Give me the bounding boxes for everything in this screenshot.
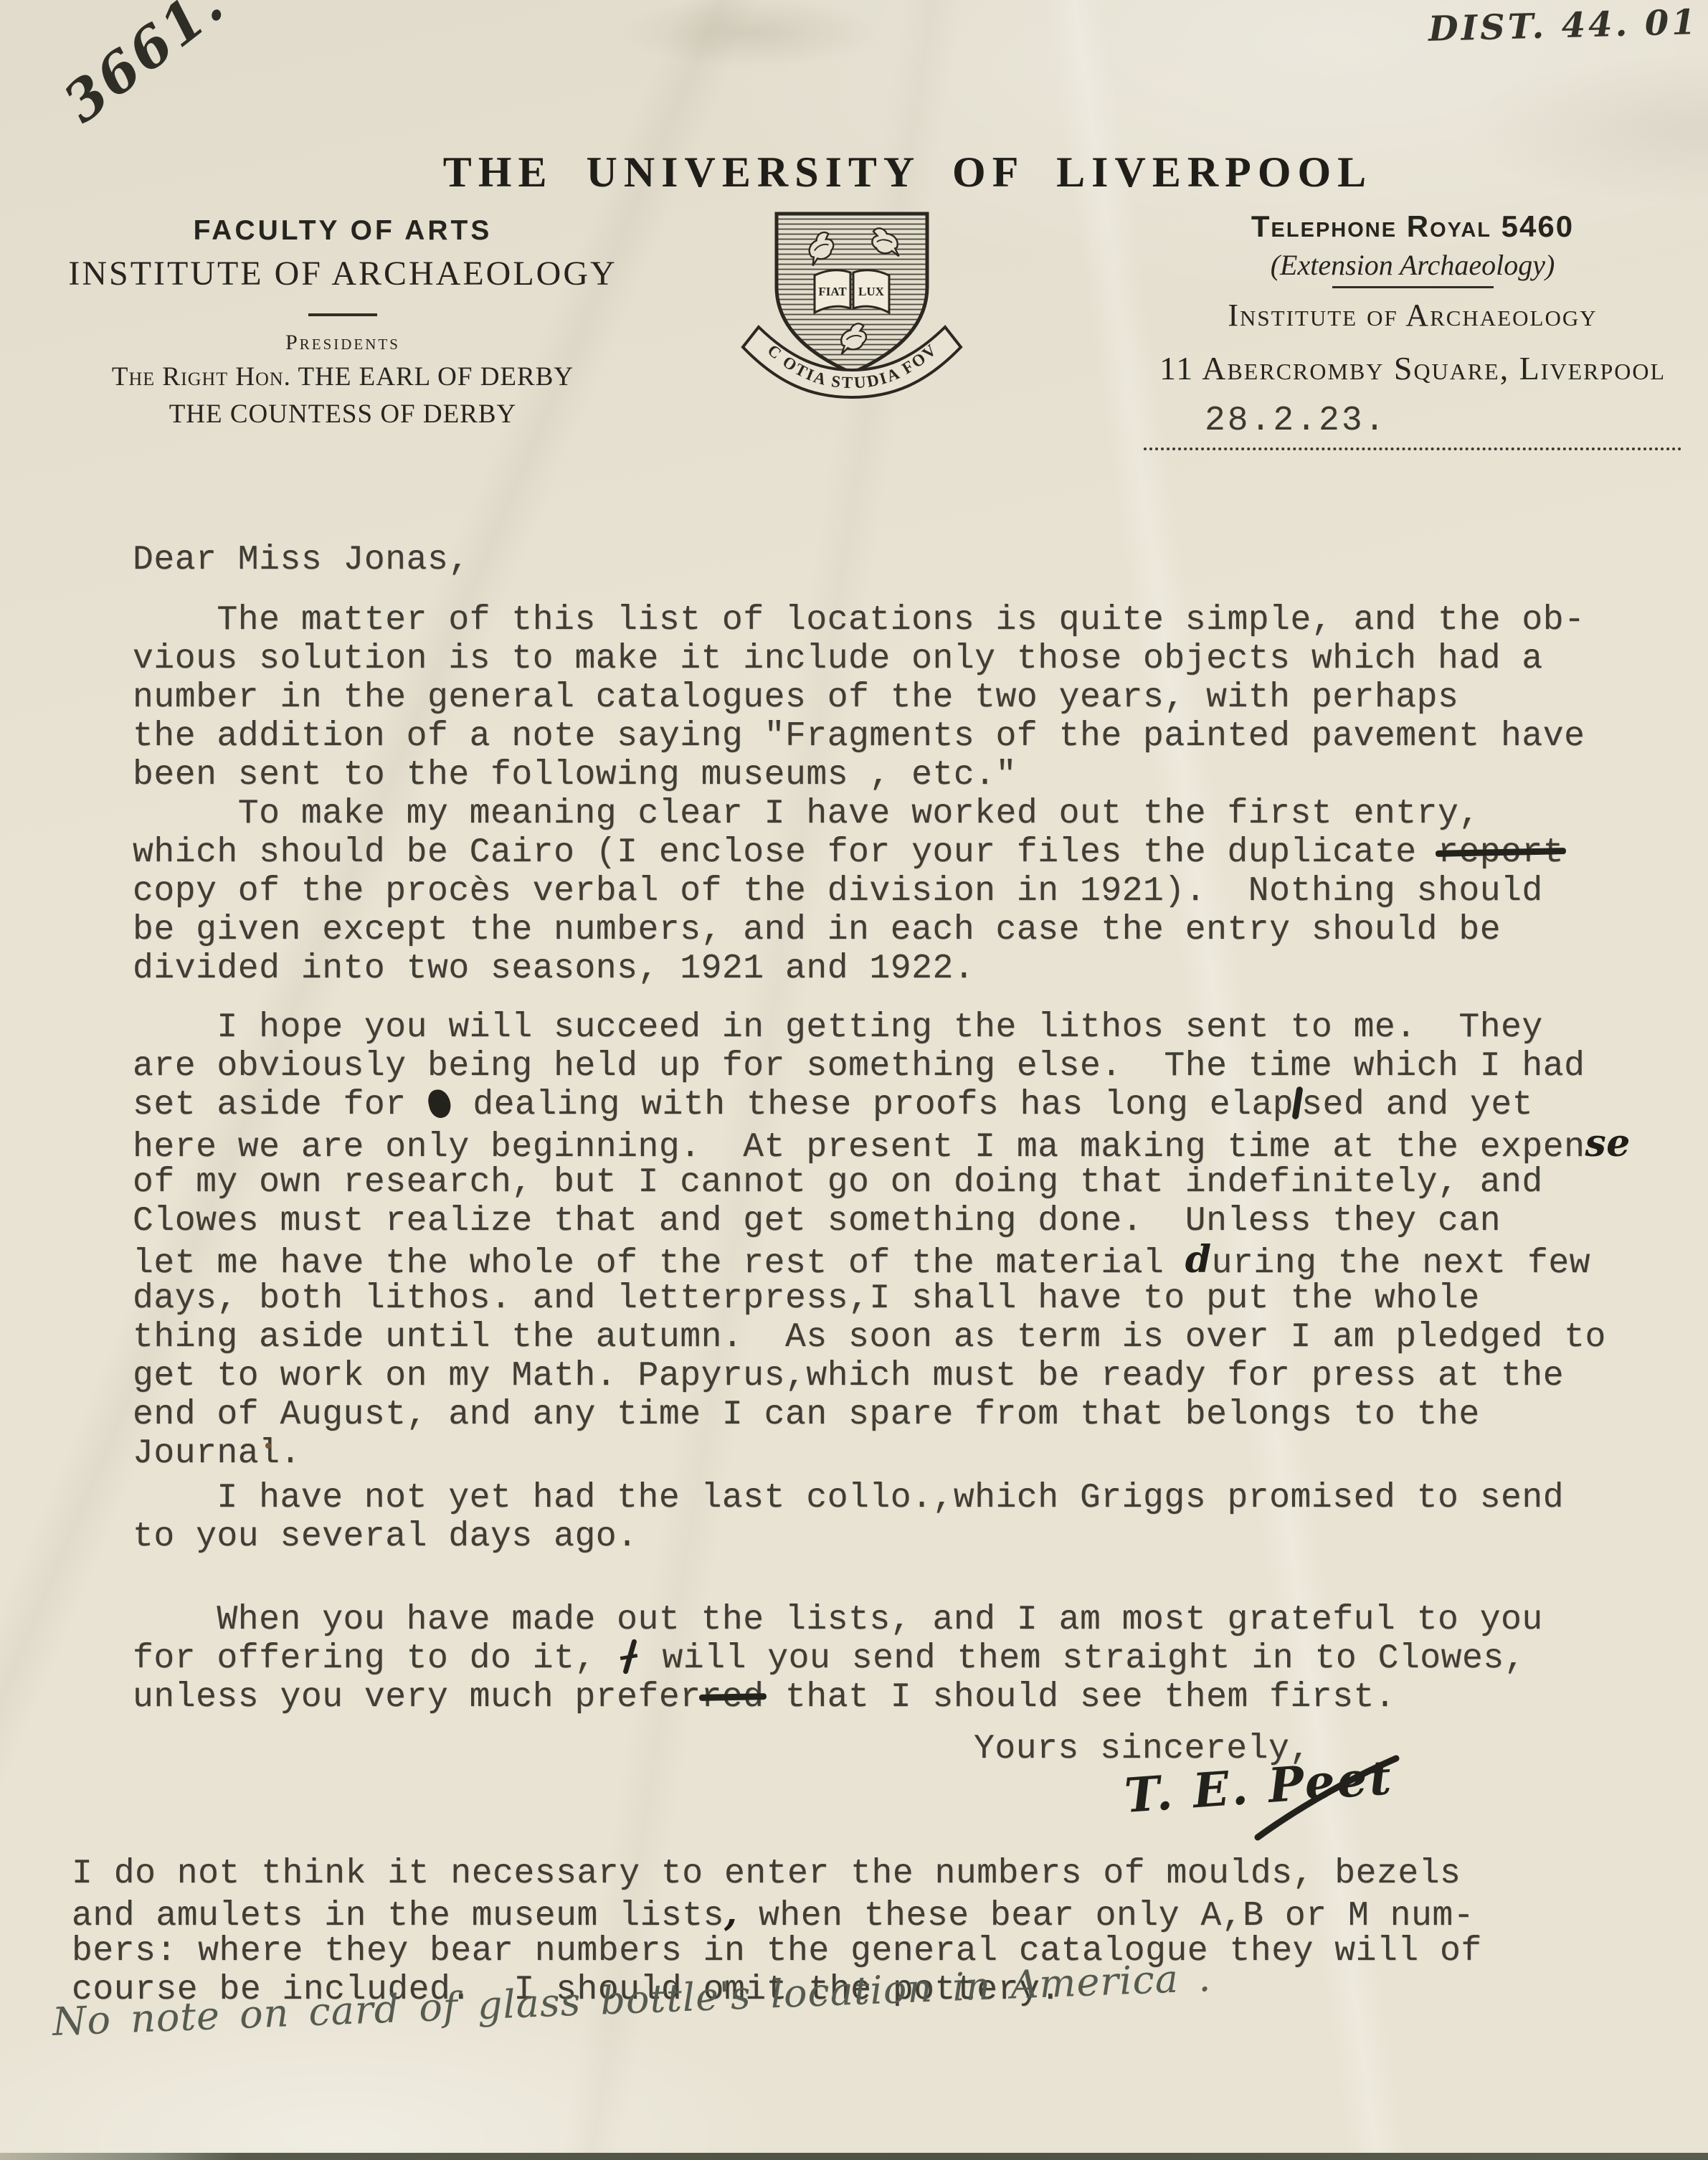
typed-segment: sed and yet (1301, 1086, 1533, 1124)
typed-line: I do not think it necessary to enter the… (72, 1855, 1664, 1893)
divider-rule (308, 313, 377, 316)
typed-line: days, both lithos. and letterpress,I sha… (133, 1279, 1681, 1318)
para2: I hope you will succeed in getting the l… (133, 1008, 1681, 1473)
extension-underline-rule (1332, 286, 1494, 288)
crest-book-word-lux: LUX (858, 285, 885, 298)
typed-segment: divided into two seasons, 1921 and 1922. (133, 949, 974, 988)
typed-line: be given except the numbers, and in each… (133, 911, 1681, 949)
faculty-of-arts-line: FACULTY OF ARTS (63, 215, 622, 247)
typed-segment: unless you very much prefer (133, 1678, 701, 1717)
typed-line: I hope you will succeed in getting the l… (133, 1008, 1681, 1047)
presidents-label: Presidents (63, 331, 622, 355)
typed-segment: will you send them straight in to Clowes… (641, 1639, 1525, 1678)
typed-line: which should be Cairo (I enclose for you… (133, 833, 1681, 872)
salutation: Dear Miss Jonas, (133, 541, 1681, 579)
typed-segment: When you have made out the lists, and I … (133, 1601, 1543, 1639)
para4: When you have made out the lists, and I … (133, 1601, 1681, 1717)
crest-book-word-fiat: FIAT (818, 285, 847, 298)
closing: Yours sincerely, (133, 1730, 1681, 1768)
typed-segment: I have not yet had the last collo.,which… (133, 1479, 1564, 1517)
typed-line: get to work on my Math. Papyrus,which mu… (133, 1357, 1681, 1396)
typed-segment: let me have the whole of the rest of the… (133, 1244, 1185, 1283)
para1: The matter of this list of locations is … (133, 601, 1681, 988)
university-crest-icon: FIAT LUX HAEC OTIA STUDIA FOVENT (737, 207, 967, 415)
typed-date: 28.2.23. (1144, 402, 1681, 440)
pen-mark-hand: se (1585, 1122, 1630, 1165)
pen-mark-strike: report (1438, 833, 1564, 872)
typed-segment: that I should see them first. (764, 1678, 1396, 1717)
typed-line: of my own research, but I cannot go on d… (133, 1163, 1681, 1202)
typed-line: for offering to do it, will you send the… (133, 1639, 1681, 1678)
extension-line: (Extension Archaeology) (1144, 248, 1681, 282)
typed-line: Clowes must realize that and get somethi… (133, 1202, 1681, 1241)
typed-line: vious solution is to make it include onl… (133, 640, 1681, 678)
typed-segment: The matter of this list of locations is … (133, 601, 1585, 640)
institute-of-archaeology-line: INSTITUTE OF ARCHAEOLOGY (63, 254, 622, 293)
typed-line: The matter of this list of locations is … (133, 601, 1681, 640)
typed-line: copy of the procès verbal of the divisio… (133, 872, 1681, 911)
typed-segment: dealing with these proofs has long elap (452, 1086, 1294, 1124)
typed-segment: which should be Cairo (I enclose for you… (133, 833, 1438, 872)
typed-segment: thing aside until the autumn. As soon as… (133, 1318, 1606, 1357)
typed-segment: to you several days ago. (133, 1517, 638, 1556)
typed-segment: uring the next few (1212, 1244, 1590, 1283)
scanned-letter-page: 3661. DIST. 44. 01 THE UNIVERSITY OF LIV… (0, 0, 1708, 2160)
typed-segment: Dear Miss Jonas, (133, 541, 470, 579)
typed-segment: I hope you will succeed in getting the l… (133, 1008, 1543, 1047)
typed-line: Dear Miss Jonas, (133, 541, 1681, 579)
date-dotted-rule (1144, 447, 1681, 450)
typed-line: unless you very much preferred that I sh… (133, 1678, 1681, 1717)
typed-line: I have not yet had the last collo.,which… (133, 1479, 1681, 1517)
typed-segment: To make my meaning clear I have worked o… (133, 795, 1480, 833)
typed-segment: be given except the numbers, and in each… (133, 911, 1501, 949)
dist-code-annotation: DIST. 44. 01 (1428, 2, 1699, 49)
typed-segment: here we are only beginning. At present I… (133, 1128, 1585, 1167)
typed-line: set aside for dealing with these proofs … (133, 1086, 1681, 1124)
para3: I have not yet had the last collo.,which… (133, 1479, 1681, 1556)
telephone-line: Telephone Royal 5460 (1144, 209, 1681, 244)
typed-segment: been sent to the following museums , etc… (133, 756, 1017, 795)
typed-line: to you several days ago. (133, 1517, 1681, 1556)
letter-body: Dear Miss Jonas, The matter of this list… (133, 541, 1681, 1768)
typed-segment: copy of the procès verbal of the divisio… (133, 872, 1543, 911)
typed-line: are obviously being held up for somethin… (133, 1047, 1681, 1086)
letterhead-left-block: FACULTY OF ARTS INSTITUTE OF ARCHAEOLOGY… (63, 215, 622, 430)
archive-number-annotation: 3661. (52, 0, 237, 135)
president-line-1: The Right Hon. THE EARL OF DERBY (63, 361, 622, 392)
typed-line: number in the general catalogues of the … (133, 678, 1681, 717)
university-title: THE UNIVERSITY OF LIVERPOOL (0, 148, 1708, 197)
typed-line: been sent to the following museums , etc… (133, 756, 1681, 795)
typed-segment: number in the general catalogues of the … (133, 678, 1458, 717)
stray-ink-dot (265, 1443, 271, 1449)
typed-line: When you have made out the lists, and I … (133, 1601, 1681, 1639)
typed-segment: I do not think it necessary to enter the… (72, 1855, 1461, 1893)
typed-line: divided into two seasons, 1921 and 1922. (133, 949, 1681, 988)
typed-line: and amulets in the museum lists, when th… (72, 1893, 1664, 1932)
typed-segment: are obviously being held up for somethin… (133, 1047, 1585, 1086)
president-line-2: THE COUNTESS OF DERBY (63, 399, 622, 430)
typed-segment: vious solution is to make it include onl… (133, 640, 1543, 678)
typed-segment: for offering to do it, (133, 1639, 617, 1678)
typed-segment: Journal. (133, 1434, 301, 1473)
typed-line: end of August, and any time I can spare … (133, 1396, 1681, 1434)
typed-segment: set aside for (133, 1086, 427, 1124)
typed-segment: the addition of a note saying "Fragments… (133, 717, 1585, 756)
typed-line: Journal. (133, 1434, 1681, 1473)
pen-mark-hand: , (724, 1890, 738, 1934)
typed-segment: get to work on my Math. Papyrus,which mu… (133, 1357, 1564, 1396)
typed-segment: Clowes must realize that and get somethi… (133, 1202, 1501, 1241)
typed-segment: when these bear only A,B or M num- (738, 1897, 1474, 1936)
typed-line: To make my meaning clear I have worked o… (133, 795, 1681, 833)
letterhead-right-block: Telephone Royal 5460 (Extension Archaeol… (1144, 209, 1681, 450)
pen-mark-strike: red (701, 1678, 764, 1717)
pen-mark-slash (618, 1640, 640, 1675)
typed-line: the addition of a note saying "Fragments… (133, 717, 1681, 756)
pen-mark-blot (426, 1087, 453, 1119)
typed-segment: and amulets in the museum lists (72, 1897, 724, 1936)
typed-line: thing aside until the autumn. As soon as… (133, 1318, 1681, 1357)
typed-segment: end of August, and any time I can spare … (133, 1396, 1480, 1434)
scan-bottom-edge (0, 2153, 1708, 2160)
typed-segment: days, both lithos. and letterpress,I sha… (133, 1279, 1480, 1318)
street-address-line: 11 Abercromby Square, Liverpool (1144, 349, 1681, 387)
signature-flourish-stroke (1249, 1753, 1407, 1846)
institute-address-line: Institute of Archaeology (1144, 297, 1681, 333)
pen-mark-hand: d (1185, 1238, 1212, 1282)
typed-segment: of my own research, but I cannot go on d… (133, 1163, 1543, 1202)
typed-line: let me have the whole of the rest of the… (133, 1241, 1681, 1279)
typed-line: here we are only beginning. At present I… (133, 1124, 1681, 1163)
